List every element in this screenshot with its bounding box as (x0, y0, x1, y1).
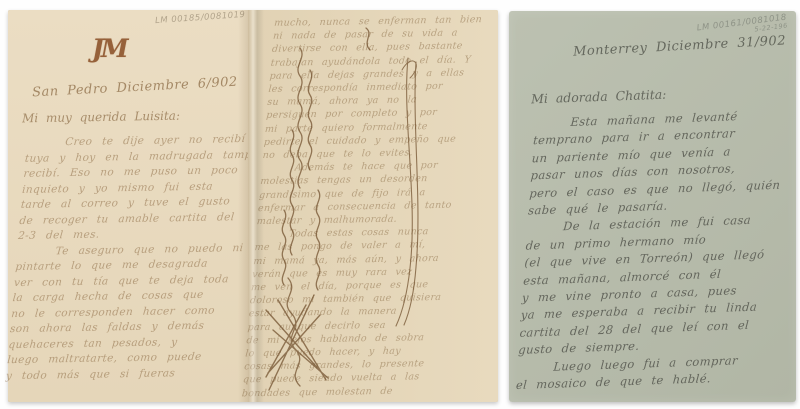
left-letter-bifolium: LM 00185/0081019 JM San Pedro Diciembre … (8, 10, 498, 402)
right-letter-page: LM 00161/0081018 5-22-196 Monterrey Dici… (509, 11, 796, 402)
archive-code-pencil: LM 00185/0081019 (155, 10, 246, 26)
letterhead-monogram: JM (92, 34, 126, 63)
salutation: Mi muy querida Luisita: (22, 109, 180, 126)
letter-page-1: LM 00185/0081019 JM San Pedro Diciembre … (8, 10, 248, 402)
handwritten-body: mucho, nunca se enferman tan bienni nada… (241, 13, 513, 401)
letters-photograph: LM 00185/0081019 JM San Pedro Diciembre … (0, 0, 800, 409)
dateline: Monterrey Diciembre 31/902 (573, 33, 787, 59)
handwritten-line: y todo más que si fueras (5, 365, 236, 385)
handwritten-body: Esta mañana me levantétemprano para ir a… (515, 106, 799, 395)
dateline: San Pedro Diciembre 6/902 (32, 75, 238, 101)
salutation: Mi adorada Chatita: (531, 87, 667, 107)
letter-page-2: mucho, nunca se enferman tan bienni nada… (248, 10, 498, 402)
handwritten-body: Creo te dije ayer no recibí cartatuya y … (5, 132, 257, 384)
